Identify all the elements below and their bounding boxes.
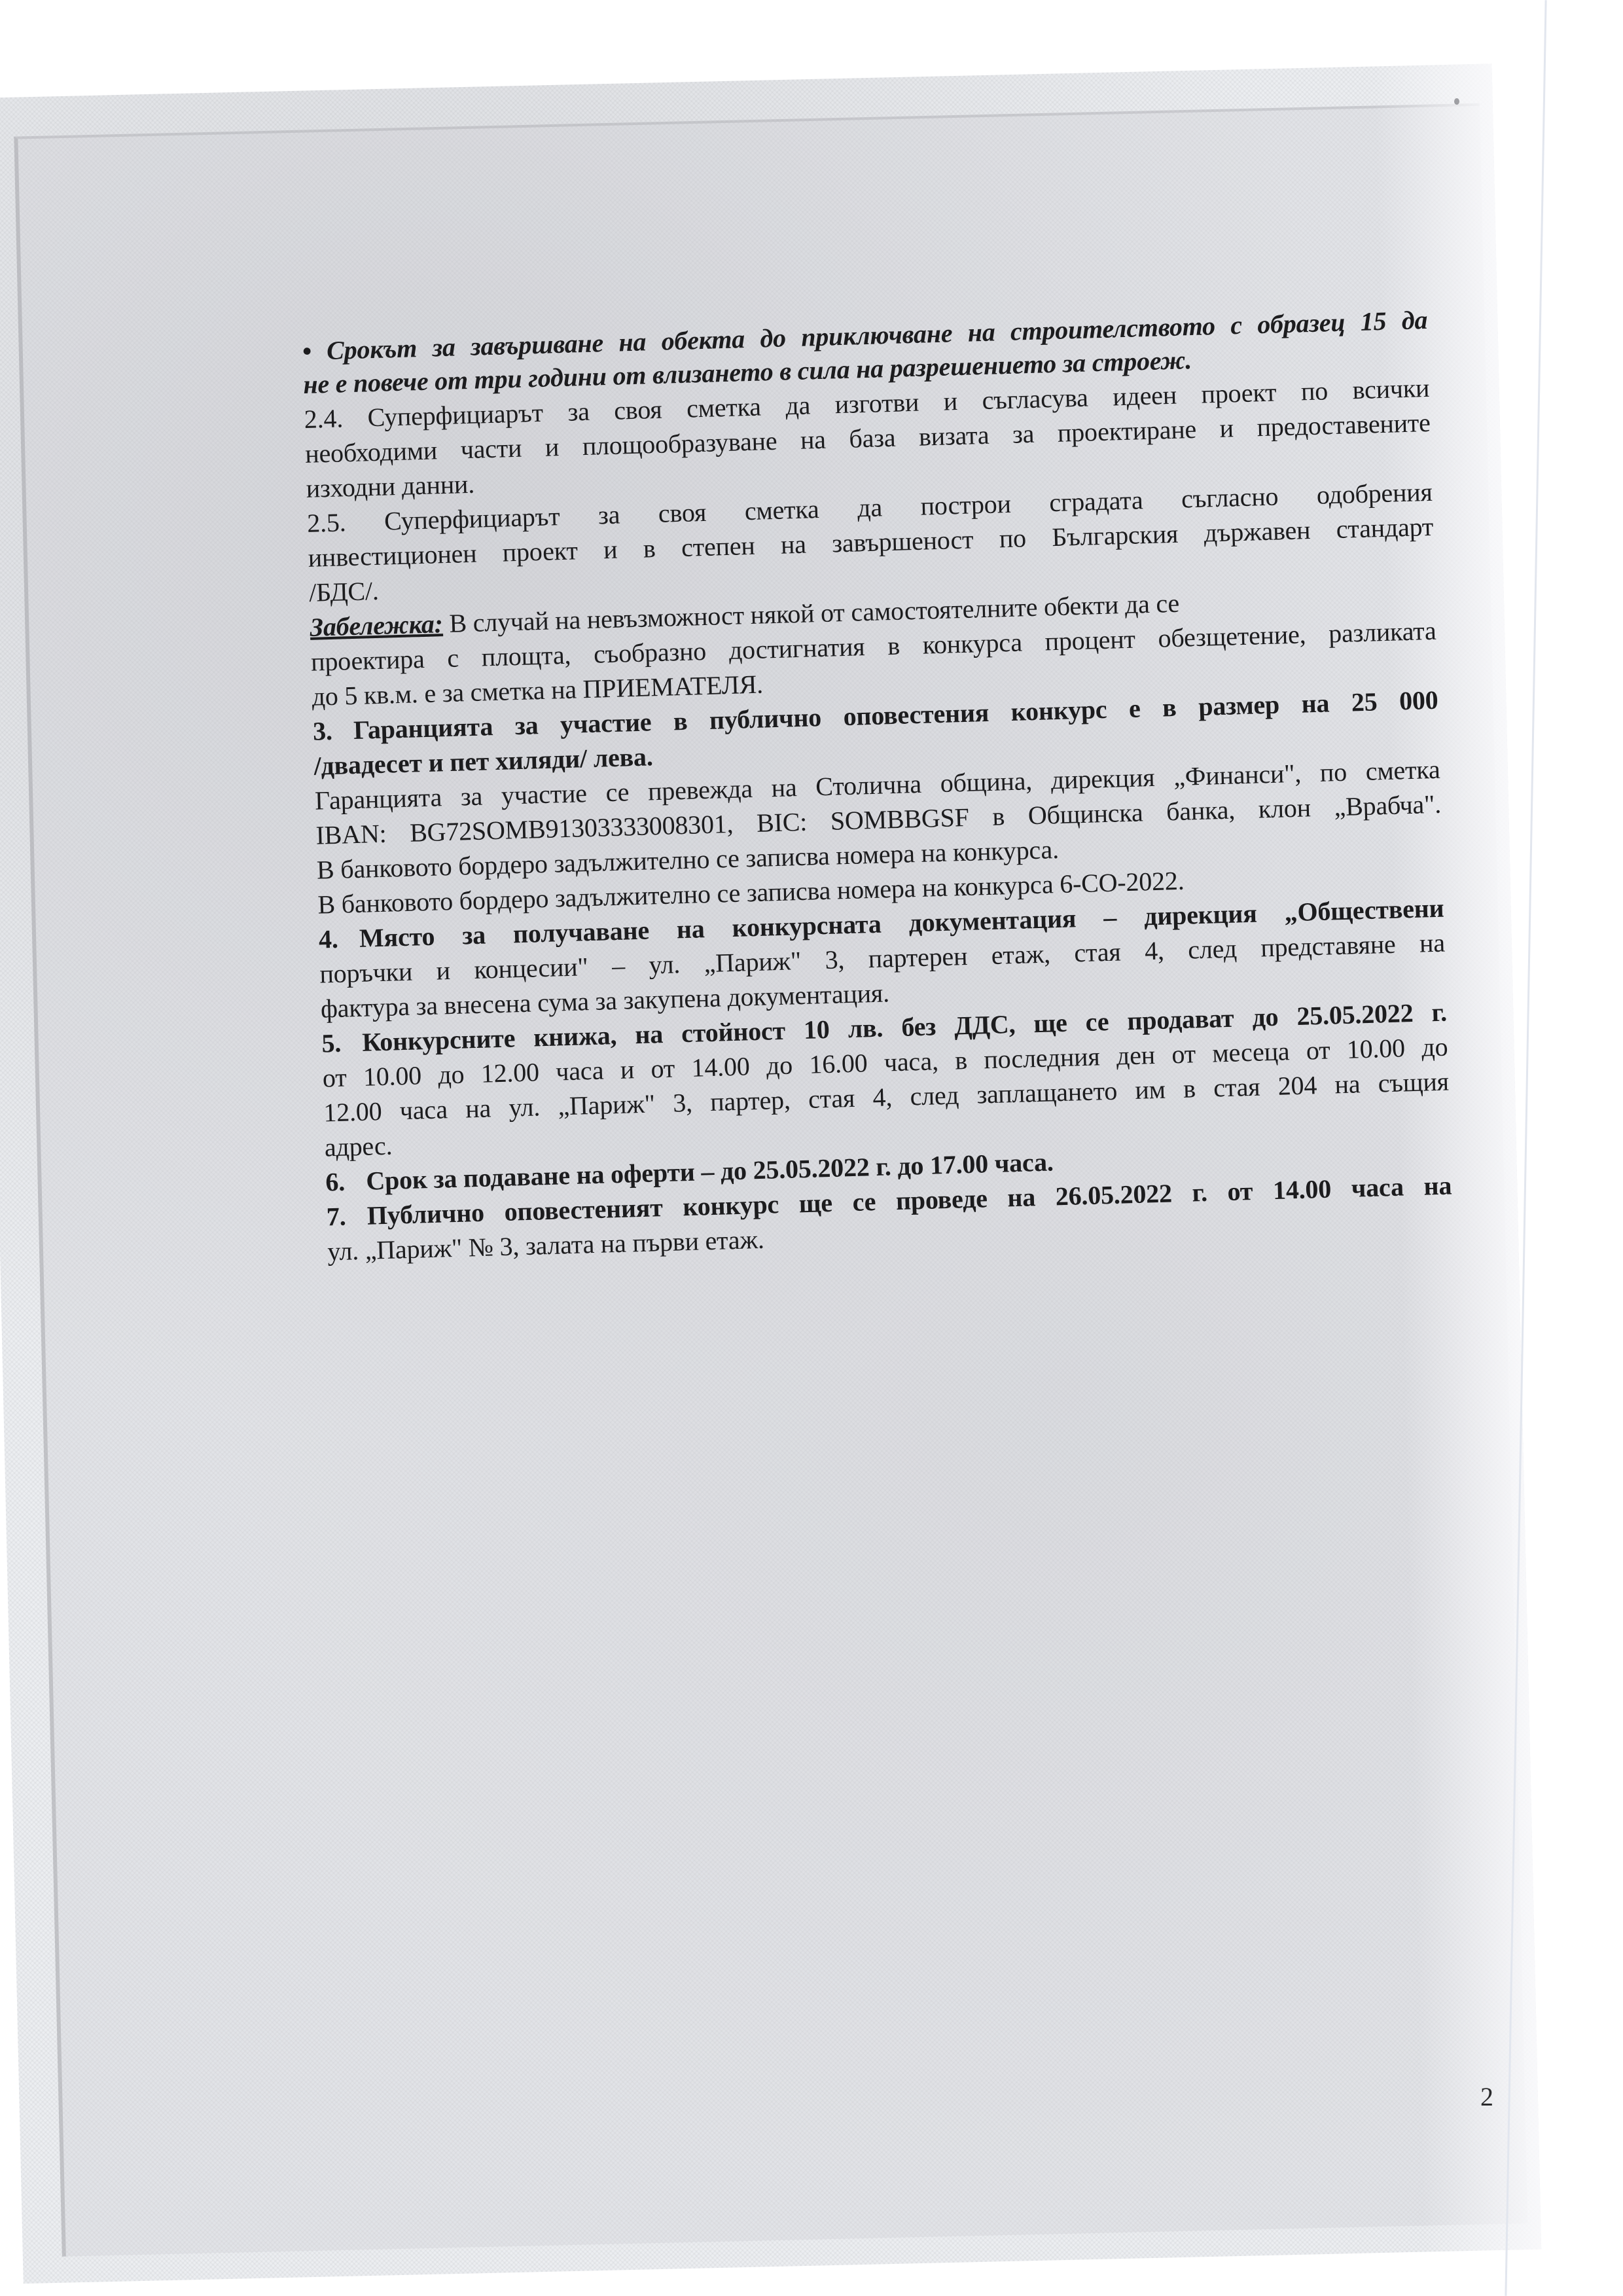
page-number: 2	[1480, 2081, 1493, 2112]
clause-7-number: 7.	[326, 1198, 367, 1234]
note-label: Забележка:	[310, 609, 443, 642]
clause-5-line-4: адрес.	[324, 1128, 393, 1165]
clause-5-number: 5.	[321, 1025, 363, 1061]
clause-2-4-line-3: изходни данни.	[306, 467, 475, 506]
scan-speck	[1454, 98, 1459, 105]
clause-6-number: 6.	[325, 1164, 366, 1200]
clause-3-number: 3.	[312, 713, 353, 749]
clause-4-number: 4.	[318, 921, 359, 957]
clause-2-5-line-3: /БДС/.	[308, 573, 379, 610]
